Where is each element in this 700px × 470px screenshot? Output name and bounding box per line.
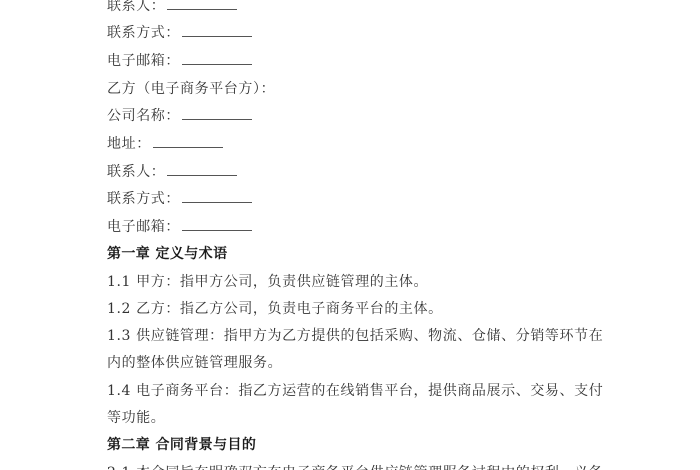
field-label: 地址：	[107, 136, 151, 152]
blank-line	[182, 190, 252, 203]
party-b-contact-field: 联系人：	[107, 163, 237, 181]
clause-1-2: 1.2 乙方：指乙方公司，负责电子商务平台的主体。	[107, 300, 443, 318]
party-a-phone-field: 联系方式：	[107, 24, 252, 42]
party-b-title: 乙方（电子商务平台方）：	[107, 80, 275, 98]
clause-1-1: 1.1 甲方：指甲方公司，负责供应链管理的主体。	[107, 273, 428, 291]
chapter-1-heading: 第一章 定义与术语	[107, 245, 227, 263]
party-b-address-field: 地址：	[107, 135, 223, 153]
field-label: 联系人：	[107, 164, 165, 180]
chapter-2-heading: 第二章 合同背景与目的	[107, 436, 256, 454]
clause-1-4-cont: 等功能。	[107, 409, 165, 427]
field-label: 联系方式：	[107, 25, 180, 41]
blank-line	[182, 24, 252, 37]
field-label: 电子邮箱：	[107, 219, 180, 235]
blank-line	[182, 218, 252, 231]
blank-line	[167, 163, 237, 176]
blank-line	[153, 135, 223, 148]
field-label: 公司名称：	[107, 108, 180, 124]
party-a-email-field: 电子邮箱：	[107, 52, 252, 70]
clause-1-3-cont: 内的整体供应链管理服务。	[107, 354, 282, 372]
field-label: 电子邮箱：	[107, 53, 180, 69]
clause-1-3: 1.3 供应链管理：指甲方为乙方提供的包括采购、物流、仓储、分销等环节在	[107, 327, 603, 345]
clause-2-1-partial: 2.1 本合同旨在明确双方在电子商务平台供应链管理服务过程中的权利、义务	[107, 464, 603, 470]
contract-page: 联系人： 联系方式： 电子邮箱： 乙方（电子商务平台方）： 公司名称： 地址： …	[0, 0, 700, 470]
field-label: 联系方式：	[107, 191, 180, 207]
party-b-email-field: 电子邮箱：	[107, 218, 252, 236]
party-b-phone-field: 联系方式：	[107, 190, 252, 208]
field-label: 联系人：	[107, 0, 165, 14]
party-a-contact-field: 联系人：	[107, 0, 237, 15]
blank-line	[182, 107, 252, 120]
blank-line	[167, 0, 237, 10]
clause-1-4: 1.4 电子商务平台：指乙方运营的在线销售平台，提供商品展示、交易、支付	[107, 382, 603, 400]
blank-line	[182, 52, 252, 65]
party-b-company-field: 公司名称：	[107, 107, 252, 125]
